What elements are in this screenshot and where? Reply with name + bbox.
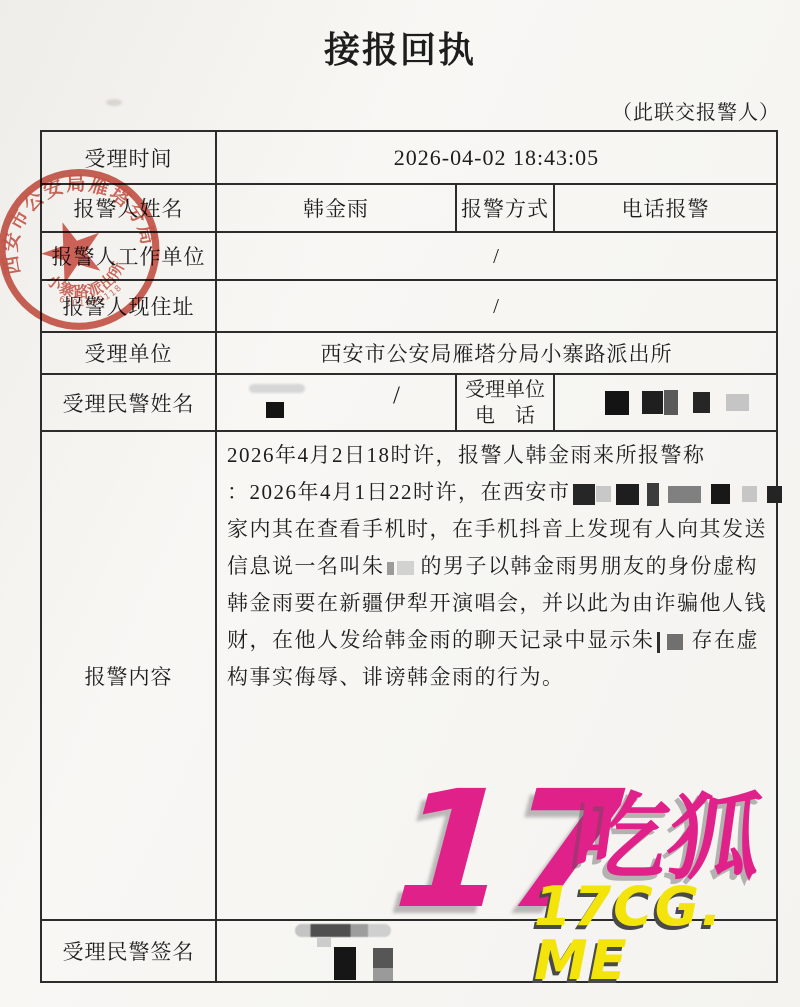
page-title: 接报回执	[0, 22, 800, 73]
content-line: 2026年4月2日18时许，报警人韩金雨来所报警称	[227, 437, 706, 474]
redaction-block	[605, 391, 629, 415]
label-report-content: 报警内容	[42, 432, 215, 919]
redaction-block	[397, 561, 414, 575]
redaction-block	[647, 483, 659, 506]
redaction-block	[573, 484, 595, 505]
content-line: 韩金雨要在新疆伊犁开演唱会，并以此为由诈骗他人钱	[227, 585, 767, 622]
redaction-block	[693, 392, 710, 413]
value-accept-unit: 西安市公安局雁塔分局小寨路派出所	[215, 333, 776, 373]
redaction-block	[664, 390, 678, 415]
redaction-block	[616, 484, 639, 505]
redaction-block	[668, 486, 701, 503]
value-reporter-name: 韩金雨	[215, 185, 455, 231]
officer-name-slash: /	[393, 382, 401, 410]
row-accept-unit: 受理单位 西安市公安局雁塔分局小寨路派出所	[42, 331, 776, 373]
value-work-unit: /	[215, 233, 776, 279]
paper-smudge	[106, 99, 122, 106]
content-line: ：2026年4月1日22时许，在西安市	[227, 474, 782, 511]
label-unit-phone-line1: 受理单位	[465, 377, 545, 403]
content-line: 构事实侮辱、诽谤韩金雨的行为。	[227, 659, 565, 696]
value-officer-name: /	[215, 375, 455, 430]
redaction-block	[726, 394, 749, 411]
redaction-block	[266, 402, 284, 418]
redaction-block	[642, 391, 663, 414]
value-officer-signature	[215, 921, 776, 981]
redaction-signature-block	[373, 948, 393, 968]
content-line: 财，在他人发给韩金雨的聊天记录中显示朱存在虚	[227, 622, 759, 659]
row-officer: 受理民警姓名 / 受理单位 电 话	[42, 373, 776, 430]
content-line: 信息说一名叫朱的男子以韩金雨男朋友的身份虚构	[227, 548, 758, 585]
redaction-signature-tail	[317, 938, 331, 947]
redaction-signature-blob	[295, 924, 391, 937]
redaction-smudge	[249, 384, 305, 393]
redaction-block	[596, 486, 611, 502]
label-officer-signature: 受理民警签名	[42, 921, 215, 981]
row-signature: 受理民警签名	[42, 919, 776, 981]
redaction-block	[387, 562, 394, 575]
redaction-block	[667, 634, 683, 650]
value-address: /	[215, 281, 776, 331]
redaction-block	[742, 486, 757, 502]
copy-note: （此联交报警人）	[612, 96, 780, 125]
redaction-signature-block	[373, 968, 393, 981]
redaction-block	[657, 632, 660, 653]
value-unit-phone	[553, 375, 776, 430]
value-report-method: 电话报警	[553, 185, 776, 231]
value-report-content: 2026年4月2日18时许，报警人韩金雨来所报警称 ：2026年4月1日22时许…	[215, 432, 786, 919]
row-report-content: 报警内容 2026年4月2日18时许，报警人韩金雨来所报警称 ：2026年4月1…	[42, 430, 776, 919]
stamp-star-icon	[34, 212, 112, 288]
label-report-method: 报警方式	[455, 185, 553, 231]
redaction-signature-block	[334, 947, 356, 980]
redaction-block	[767, 486, 782, 503]
label-unit-phone: 受理单位 电 话	[455, 375, 553, 430]
redaction-block	[711, 484, 730, 504]
receipt-document: 接报回执 （此联交报警人） 受理时间 2026-04-02 18:43:05 报…	[0, 0, 800, 1007]
value-accept-time: 2026-04-02 18:43:05	[215, 132, 776, 183]
label-officer-name: 受理民警姓名	[42, 375, 215, 430]
content-line: 家内其在查看手机时，在手机抖音上发现有人向其发送	[227, 511, 767, 548]
label-unit-phone-line2: 电 话	[475, 403, 535, 429]
